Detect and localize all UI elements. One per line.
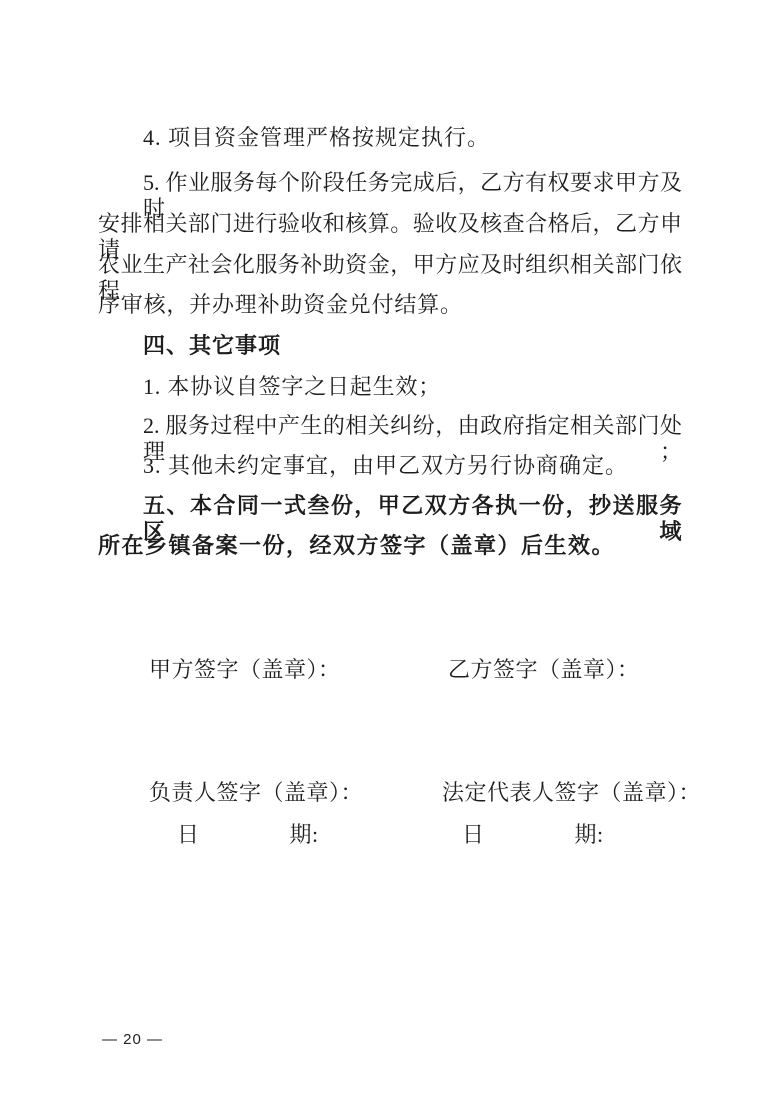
party-a-signature-label: 甲方签字（盖章）：	[149, 657, 341, 683]
responsible-person-signature-label: 负责人签字（盖章）：	[149, 780, 363, 806]
contract-page: 4. 项目资金管理严格按规定执行。 5. 作业服务每个阶段任务完成后，乙方有权要…	[0, 0, 782, 1104]
section-four-item-3: 3. 其他未约定事宜，由甲乙双方另行协商确定。	[143, 453, 628, 479]
clause-5-line-4: 序审核，并办理补助资金兑付结算。	[98, 292, 463, 318]
legal-representative-signature-label: 法定代表人签字（盖章）：	[442, 780, 701, 806]
date-label-party-b: 日 期:	[462, 822, 604, 848]
party-b-signature-label: 乙方签字（盖章）：	[448, 657, 640, 683]
date-label-party-a: 日 期:	[177, 822, 319, 848]
clause-4-text: 4. 项目资金管理严格按规定执行。	[143, 125, 490, 151]
page-number: — 20 —	[102, 1031, 163, 1048]
section-five-line-2: 所在乡镇备案一份，经双方签字（盖章）后生效。	[98, 533, 615, 559]
section-four-item-1: 1. 本协议自签字之日起生效；	[143, 374, 441, 400]
section-four-heading: 四、其它事项	[143, 333, 281, 359]
